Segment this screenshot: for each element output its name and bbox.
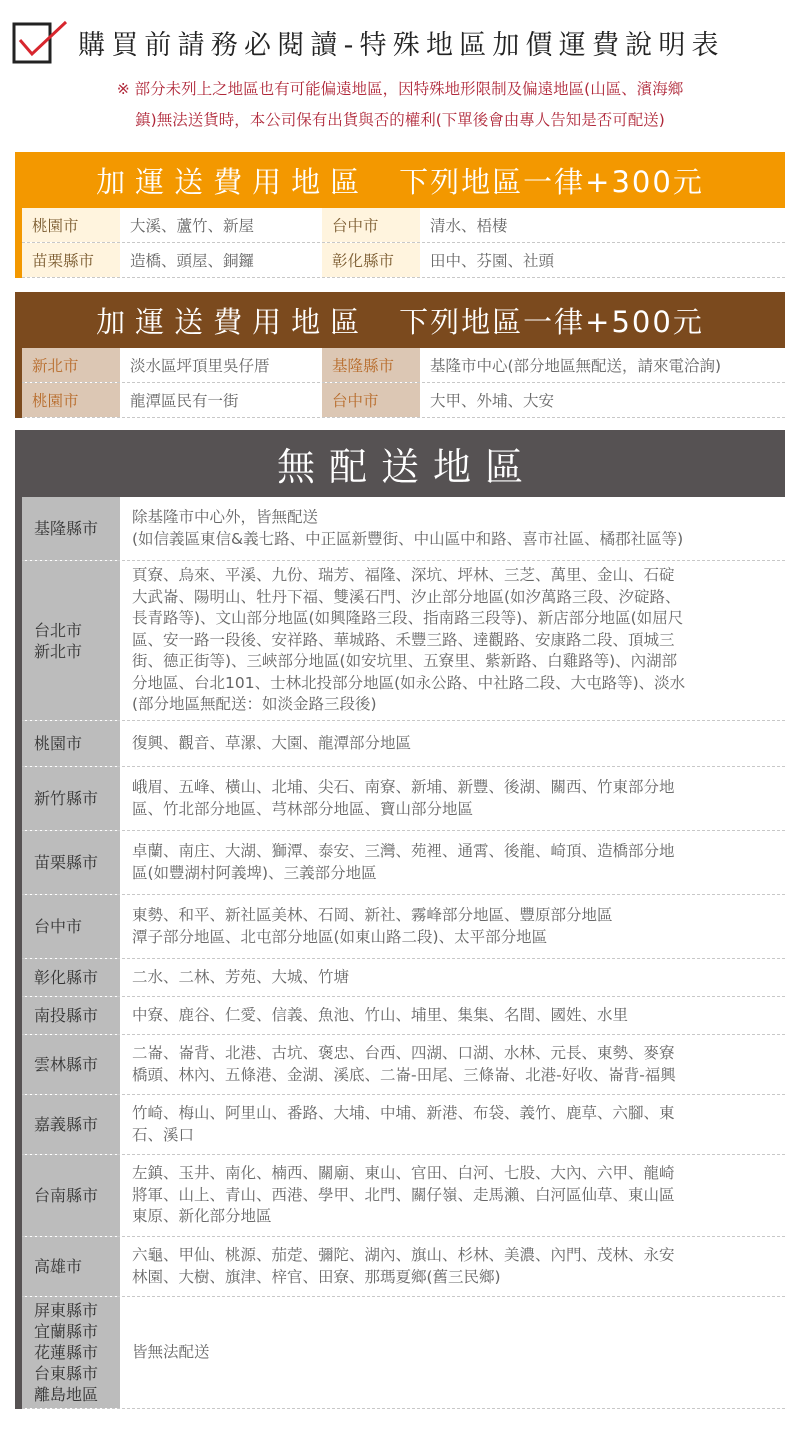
city-name: 台中市 [34,916,82,937]
area-line: 六龜、甲仙、桃源、茄萣、彌陀、湖內、旗山、杉林、美濃、內門、茂林、永安 [132,1245,779,1267]
city-name: 雲林縣市 [34,1054,98,1075]
city-name: 花蓮縣市 [34,1342,98,1363]
city-name: 宜蘭縣市 [34,1321,98,1342]
area-line: 二崙、崙背、北港、古坑、褒忠、台西、四湖、口湖、水林、元長、東勢、麥寮 [132,1043,779,1065]
area-line: 潭子部分地區、北屯部分地區(如東山路二段)、太平部分地區 [132,927,779,949]
area-list: 皆無法配送 [120,1297,785,1408]
table-row: 基隆縣市除基隆市中心外，皆無配送(如信義區東信&義七路、中正區新豐街、中山區中和… [22,497,785,561]
table-row: 屏東縣市宜蘭縣市花蓮縣市台東縣市離島地區皆無法配送 [22,1297,785,1409]
city-name: 屏東縣市 [34,1300,98,1321]
section-table: 新北市 淡水區坪頂里吳仔厝 基隆縣市 基隆市中心(部分地區無配送，請來電洽詢) … [15,348,778,418]
area-list: 六龜、甲仙、桃源、茄萣、彌陀、湖內、旗山、杉林、美濃、內門、茂林、永安林園、大樹… [120,1237,785,1296]
area-list: 大甲、外埔、大安 [420,383,785,417]
city-name: 南投縣市 [34,1005,98,1026]
city-label: 彰化縣市 [322,243,420,277]
area-list: 除基隆市中心外，皆無配送(如信義區東信&義七路、中正區新豐街、中山區中和路、喜市… [120,497,785,560]
area-line: 中寮、鹿谷、仁愛、信義、魚池、竹山、埔里、集集、名間、國姓、水里 [132,1005,779,1027]
section-table: 桃園市 大溪、蘆竹、新屋 台中市 清水、梧棲 苗栗縣市 造橋、頭屋、銅鑼 彰化縣… [15,208,778,278]
city-label: 屏東縣市宜蘭縣市花蓮縣市台東縣市離島地區 [22,1297,120,1408]
city-name: 嘉義縣市 [34,1114,98,1135]
surcharge-500-section: 加運送費用地區 下列地區一律+500元 新北市 淡水區坪頂里吳仔厝 基隆縣市 基… [15,292,785,418]
area-list: 大溪、蘆竹、新屋 [120,208,322,242]
area-line: 林園、大樹、旗津、梓官、田寮、那瑪夏鄉(舊三民鄉) [132,1267,779,1289]
area-list: 造橋、頭屋、銅鑼 [120,243,322,277]
area-list: 二水、二林、芳苑、大城、竹塘 [120,959,785,996]
city-name: 新北市 [34,641,82,662]
city-label: 高雄市 [22,1237,120,1296]
city-name: 台北市 [34,620,82,641]
area-line: 峨眉、五峰、橫山、北埔、尖石、南寮、新埔、新豐、後湖、關西、竹東部分地 [132,777,779,799]
area-list: 基隆市中心(部分地區無配送，請來電洽詢) [420,348,785,382]
area-line: 橋頭、林內、五條港、金湖、溪底、二崙-田尾、三條崙、北港-好收、崙背-福興 [132,1065,779,1087]
area-line: 長青路等)、文山部分地區(如興隆路三段、指南路三段等)、新店部分地區(如屈尺 [132,608,779,630]
city-label: 台北市新北市 [22,561,120,720]
city-label: 桃園市 [22,208,120,242]
city-name: 台南縣市 [34,1185,98,1206]
section-title: 無配送地區 [277,436,537,491]
city-name: 苗栗縣市 [34,852,98,873]
area-list: 復興、觀音、草漯、大園、龍潭部分地區 [120,721,785,766]
area-line: 區(如豐湖村阿義埤)、三義部分地區 [132,863,779,885]
city-label: 桃園市 [22,383,120,417]
area-line: 東勢、和平、新社區美林、石岡、新社、霧峰部分地區、豐原部分地區 [132,905,779,927]
area-line: 區、安一路一段後、安祥路、華城路、禾豐三路、達觀路、安康路二段、頂城三 [132,630,779,652]
city-name: 高雄市 [34,1256,82,1277]
city-label: 台中市 [22,895,120,958]
city-label: 彰化縣市 [22,959,120,996]
area-line: 復興、觀音、草漯、大園、龍潭部分地區 [132,733,779,755]
table-row: 雲林縣市二崙、崙背、北港、古坑、褒忠、台西、四湖、口湖、水林、元長、東勢、麥寮橋… [22,1035,785,1095]
city-name: 新竹縣市 [34,788,98,809]
table-row: 苗栗縣市卓蘭、南庄、大湖、獅潭、泰安、三灣、苑裡、通霄、後龍、崎頂、造橋部分地區… [22,831,785,895]
city-label: 嘉義縣市 [22,1095,120,1154]
area-line: 大武崙、陽明山、牡丹下福、雙溪石門、汐止部分地區(如汐萬路三段、汐碇路、 [132,587,779,609]
area-line: 石、溪口 [132,1125,779,1147]
table-row: 彰化縣市二水、二林、芳苑、大城、竹塘 [22,959,785,997]
city-label: 雲林縣市 [22,1035,120,1094]
city-label: 台中市 [322,208,420,242]
table-row: 南投縣市中寮、鹿谷、仁愛、信義、魚池、竹山、埔里、集集、名間、國姓、水里 [22,997,785,1035]
notice-line: 鎮)無法送貨時，本公司保有出貨與否的權利(下單後會由專人告知是否可配送) [0,105,800,136]
city-label: 基隆縣市 [22,497,120,560]
section-table: 基隆縣市除基隆市中心外，皆無配送(如信義區東信&義七路、中正區新豐街、中山區中和… [15,497,778,1409]
area-list: 清水、梧棲 [420,208,785,242]
area-line: 竹崎、梅山、阿里山、番路、大埔、中埔、新港、布袋、義竹、鹿草、六腳、東 [132,1103,779,1125]
city-label: 桃園市 [22,721,120,766]
city-label: 新北市 [22,348,120,382]
city-label: 台南縣市 [22,1155,120,1236]
area-line: (部分地區無配送：如淡金路三段後) [132,694,779,716]
area-line: 東原、新化部分地區 [132,1206,779,1228]
section-subtitle: 下列地區一律+500元 [399,300,704,341]
city-name: 基隆縣市 [34,518,98,539]
city-name: 桃園市 [34,733,82,754]
notice: ※ 部分未列上之地區也有可能偏遠地區，因特殊地形限制及偏遠地區(山區、濱海鄉 鎮… [0,74,800,136]
area-list: 中寮、鹿谷、仁愛、信義、魚池、竹山、埔里、集集、名間、國姓、水里 [120,997,785,1034]
section-header: 加運送費用地區 下列地區一律+500元 [15,292,785,348]
table-row: 台南縣市左鎮、玉井、南化、楠西、關廟、東山、官田、白河、七股、大內、六甲、龍崎將… [22,1155,785,1237]
no-delivery-section: 無配送地區 基隆縣市除基隆市中心外，皆無配送(如信義區東信&義七路、中正區新豐街… [15,430,785,1409]
area-line: 除基隆市中心外，皆無配送 [132,507,779,529]
area-list: 卓蘭、南庄、大湖、獅潭、泰安、三灣、苑裡、通霄、後龍、崎頂、造橋部分地區(如豐湖… [120,831,785,894]
table-row: 桃園市復興、觀音、草漯、大園、龍潭部分地區 [22,721,785,767]
page-title: 購買前請務必閱讀-特殊地區加價運費說明表 [78,23,725,62]
area-list: 頁寮、烏來、平溪、九份、瑞芳、福隆、深坑、坪林、三芝、萬里、金山、石碇大武崙、陽… [120,561,785,720]
area-line: 街、德正街等)、三峽部分地區(如安坑里、五寮里、紫新路、白雞路等)、內湖部 [132,651,779,673]
table-row: 桃園市 龍潭區民有一街 台中市 大甲、外埔、大安 [22,383,785,418]
surcharge-300-section: 加運送費用地區 下列地區一律+300元 桃園市 大溪、蘆竹、新屋 台中市 清水、… [15,152,785,278]
city-label: 基隆縣市 [322,348,420,382]
area-list: 東勢、和平、新社區美林、石岡、新社、霧峰部分地區、豐原部分地區潭子部分地區、北屯… [120,895,785,958]
city-name: 彰化縣市 [34,967,98,988]
area-list: 龍潭區民有一街 [120,383,322,417]
page-header: 購買前請務必閱讀-特殊地區加價運費說明表 [12,18,792,66]
area-line: (如信義區東信&義七路、中正區新豐街、中山區中和路、喜市社區、橘郡社區等) [132,529,779,551]
table-row: 桃園市 大溪、蘆竹、新屋 台中市 清水、梧棲 [22,208,785,243]
section-header: 加運送費用地區 下列地區一律+300元 [15,152,785,208]
table-row: 苗栗縣市 造橋、頭屋、銅鑼 彰化縣市 田中、芬園、社頭 [22,243,785,278]
section-title: 加運送費用地區 [96,160,369,201]
section-title: 加運送費用地區 [96,300,369,341]
section-subtitle: 下列地區一律+300元 [399,160,704,201]
area-line: 卓蘭、南庄、大湖、獅潭、泰安、三灣、苑裡、通霄、後龍、崎頂、造橋部分地 [132,841,779,863]
city-label: 苗栗縣市 [22,243,120,277]
table-row: 新竹縣市峨眉、五峰、橫山、北埔、尖石、南寮、新埔、新豐、後湖、關西、竹東部分地區… [22,767,785,831]
section-header: 無配送地區 [15,430,785,497]
city-name: 離島地區 [34,1384,98,1405]
area-line: 區、竹北部分地區、芎林部分地區、寶山部分地區 [132,799,779,821]
area-line: 皆無法配送 [132,1342,779,1364]
city-label: 台中市 [322,383,420,417]
notice-line: ※ 部分未列上之地區也有可能偏遠地區，因特殊地形限制及偏遠地區(山區、濱海鄉 [0,74,800,105]
area-list: 竹崎、梅山、阿里山、番路、大埔、中埔、新港、布袋、義竹、鹿草、六腳、東石、溪口 [120,1095,785,1154]
table-row: 新北市 淡水區坪頂里吳仔厝 基隆縣市 基隆市中心(部分地區無配送，請來電洽詢) [22,348,785,383]
table-row: 嘉義縣市竹崎、梅山、阿里山、番路、大埔、中埔、新港、布袋、義竹、鹿草、六腳、東石… [22,1095,785,1155]
table-row: 台中市東勢、和平、新社區美林、石岡、新社、霧峰部分地區、豐原部分地區潭子部分地區… [22,895,785,959]
city-label: 新竹縣市 [22,767,120,830]
city-label: 苗栗縣市 [22,831,120,894]
area-list: 二崙、崙背、北港、古坑、褒忠、台西、四湖、口湖、水林、元長、東勢、麥寮橋頭、林內… [120,1035,785,1094]
area-list: 左鎮、玉井、南化、楠西、關廟、東山、官田、白河、七股、大內、六甲、龍崎將軍、山上… [120,1155,785,1236]
area-list: 田中、芬園、社頭 [420,243,785,277]
table-row: 台北市新北市頁寮、烏來、平溪、九份、瑞芳、福隆、深坑、坪林、三芝、萬里、金山、石… [22,561,785,721]
area-line: 頁寮、烏來、平溪、九份、瑞芳、福隆、深坑、坪林、三芝、萬里、金山、石碇 [132,565,779,587]
area-line: 左鎮、玉井、南化、楠西、關廟、東山、官田、白河、七股、大內、六甲、龍崎 [132,1163,779,1185]
area-line: 二水、二林、芳苑、大城、竹塘 [132,967,779,989]
city-label: 南投縣市 [22,997,120,1034]
checkbox-checked-icon [12,18,70,66]
area-line: 分地區、台北101、士林北投部分地區(如永公路、中社路二段、大屯路等)、淡水 [132,673,779,695]
city-name: 台東縣市 [34,1363,98,1384]
area-line: 將軍、山上、青山、西港、學甲、北門、關仔嶺、走馬瀨、白河區仙草、東山區 [132,1185,779,1207]
area-list: 峨眉、五峰、橫山、北埔、尖石、南寮、新埔、新豐、後湖、關西、竹東部分地區、竹北部… [120,767,785,830]
table-row: 高雄市六龜、甲仙、桃源、茄萣、彌陀、湖內、旗山、杉林、美濃、內門、茂林、永安林園… [22,1237,785,1297]
area-list: 淡水區坪頂里吳仔厝 [120,348,322,382]
